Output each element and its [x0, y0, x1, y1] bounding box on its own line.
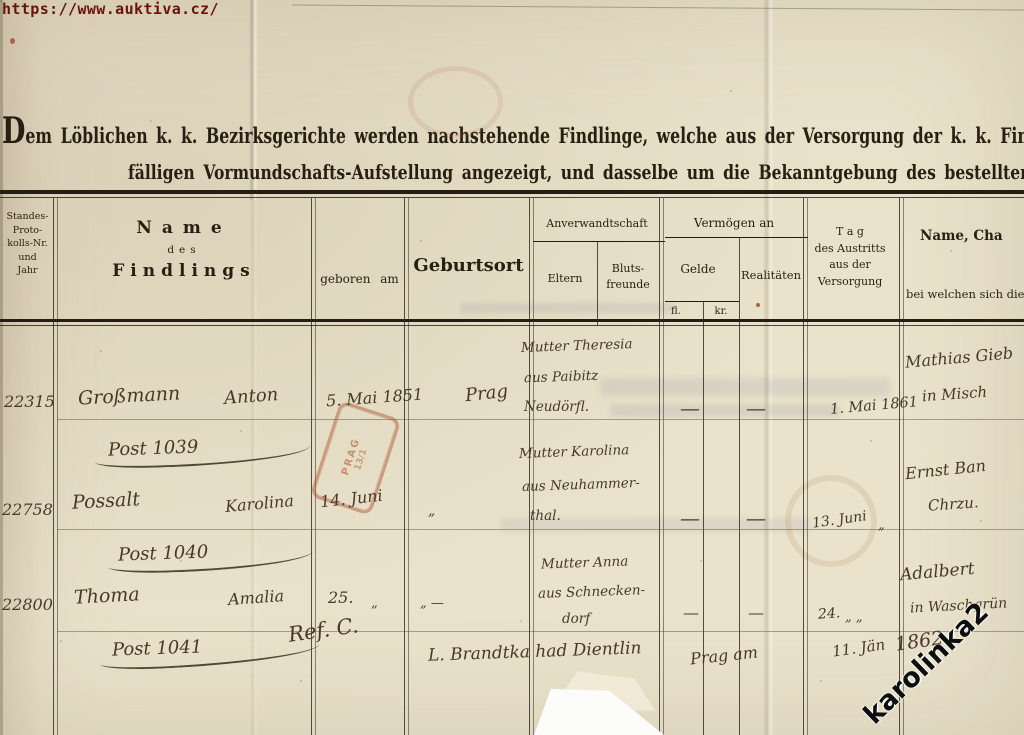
gelde-underline	[665, 301, 739, 302]
top-edge-fold-line	[292, 4, 1024, 10]
row3-austritt-date: 24.	[817, 605, 840, 623]
col-header-findlings: Findlings	[57, 261, 311, 281]
row3-born-date: 25.	[328, 588, 353, 607]
header-line-1-text: em Löblichen k. k. Bezirksgerichte werde…	[25, 123, 1024, 148]
row3-eltern-line3: dorf	[562, 611, 590, 627]
row1-eltern-line3: Neudörfl.	[524, 399, 589, 415]
col-header-line: Bluts-	[597, 261, 659, 277]
col-header-tag-des-austritts: T a g des Austritts aus der Versorgung	[803, 224, 897, 290]
col-header-line: freunde	[597, 277, 659, 293]
row1-surname: Großmann	[77, 382, 180, 409]
col-header-des: des	[57, 244, 311, 256]
col-header-line: aus der	[803, 257, 897, 274]
row1-given-name: Anton	[223, 384, 279, 409]
row2-realitaeten-dash: —	[746, 506, 766, 530]
row2-given-name: Karolina	[224, 491, 294, 516]
column-rule	[659, 198, 660, 735]
fl-kr-divider	[703, 302, 704, 735]
row2-eltern-line1: Mutter Karolina	[519, 442, 630, 462]
row2-pflege-line2: Chrzu.	[927, 493, 979, 514]
row1-eltern-line1: Mutter Theresia	[521, 336, 633, 356]
row3-protocol-number: 22800	[2, 595, 53, 614]
footer-note-text: L. Brandtka had Dientlin	[428, 638, 642, 665]
col-header-standesprotokoll: Standes- Proto- kolls-Nr. und Jahr	[0, 210, 55, 278]
row3-eltern-line2: aus Schnecken-	[538, 582, 646, 602]
row2-austritt-ditto: „	[878, 518, 885, 533]
col-header-line: und	[0, 251, 55, 265]
row1-protocol-number: 22315	[4, 392, 55, 411]
faint-circular-stamp	[408, 66, 503, 138]
bleedthrough-ghost	[460, 303, 675, 313]
col-header-line: Standes-	[0, 210, 55, 224]
row3-austritt-ditto: „ „	[845, 610, 863, 625]
col-header-vermoegen-an: Vermögen an	[665, 216, 803, 230]
col-header-geboren-am: geboren am	[315, 272, 404, 286]
auction-site-url: https://www.auktiva.cz/	[2, 0, 219, 18]
row3-birthplace-ditto: „ —	[420, 596, 444, 611]
col-header-line: des Austritts	[803, 241, 897, 258]
bleedthrough-ghost	[600, 378, 890, 396]
col-header-gelde: Gelde	[661, 262, 735, 276]
row2-eltern-line3: thal.	[530, 508, 561, 524]
brown-fleck	[756, 303, 760, 307]
row2-surname: Possalt	[71, 488, 140, 514]
scanned-foundling-register-document: https://www.auktiva.cz/ Dem Löblichen k.…	[0, 0, 1024, 735]
header-line-2: fälligen Vormundschafts-Aufstellung ange…	[128, 160, 1024, 184]
row1-pflege-line1: Mathias Gieb	[904, 343, 1013, 371]
row-baseline	[57, 631, 1024, 632]
anverwandtschaft-underline	[533, 241, 665, 242]
row3-gelde-dash: —	[683, 603, 699, 622]
col-header-geburtsort: Geburtsort	[408, 255, 529, 276]
row2-protocol-number: 22758	[2, 500, 53, 519]
row1-eltern-line2: aus Paibitz	[524, 368, 599, 387]
bleedthrough-ghost	[610, 404, 840, 417]
header-line-1: Dem Löblichen k. k. Bezirksgerichte werd…	[2, 110, 1024, 152]
vermoegen-underline	[665, 237, 808, 238]
col-header-line: Versorgung	[803, 274, 897, 291]
header-bottom-rule-thick	[0, 319, 1024, 322]
col-header-blutsfreunde: Bluts- freunde	[597, 261, 659, 293]
table-top-rule-thick	[0, 190, 1024, 194]
col-header-realitaeten: Realitäten	[739, 268, 803, 282]
col-header-line: kolls-Nr.	[0, 237, 55, 251]
col-header-line: Proto-	[0, 224, 55, 238]
row1-pflege-line2: in Misch	[921, 383, 987, 406]
col-header-anverwandtschaft: Anverwandtschaft	[533, 217, 661, 230]
row2-pflege-line1: Ernst Ban	[904, 456, 987, 483]
row1-realitaeten-dash: —	[746, 396, 766, 420]
row1-born-date: 5. Mai 1851	[325, 385, 423, 411]
watermark-text: karolinka2	[858, 597, 995, 731]
row1-birthplace: Prag	[464, 381, 509, 406]
footer-note-place: Prag am	[689, 642, 759, 668]
col-header-name: Name	[57, 218, 311, 238]
row3-born-ditto: „	[371, 596, 378, 611]
row3-given-name: Amalia	[227, 586, 284, 609]
col-header-line: T a g	[803, 224, 897, 241]
row-baseline	[57, 419, 1024, 420]
header-bottom-rule-thin	[0, 325, 1024, 326]
col-header-kr: kr.	[705, 306, 737, 317]
column-rule	[53, 198, 54, 735]
column-rule	[404, 198, 405, 735]
row3-realitaeten-dash: —	[748, 603, 764, 622]
row2-birthplace-ditto: „	[428, 503, 435, 519]
row1-gelde-dash: —	[680, 396, 700, 420]
col-header-pflege-sub: bei welchen sich die	[906, 287, 1024, 301]
col-header-name-des-findlings: Name des Findlings	[57, 218, 311, 281]
col-header-fl: fl.	[663, 306, 709, 317]
col-header-pflege-name: Name, Cha	[920, 228, 1024, 244]
header-drop-cap: D	[2, 110, 25, 152]
footer-note-date: 11. Jän	[831, 635, 886, 660]
col-header-eltern: Eltern	[533, 272, 597, 285]
red-speck	[10, 38, 15, 44]
row2-gelde-dash: —	[680, 506, 700, 530]
row3-pflege-line1: Adalbert	[899, 559, 975, 585]
row2-eltern-line2: aus Neuhammer-	[522, 475, 640, 495]
column-rule	[311, 198, 312, 735]
row3-surname: Thoma	[73, 583, 140, 608]
row3-eltern-line1: Mutter Anna	[541, 553, 629, 572]
table-top-rule-thin	[0, 197, 1024, 198]
footer-ref-mark: Ref. C.	[287, 613, 360, 647]
col-header-line: Jahr	[0, 264, 55, 278]
row1-austritt-date: 1. Mai 1861	[829, 394, 918, 418]
